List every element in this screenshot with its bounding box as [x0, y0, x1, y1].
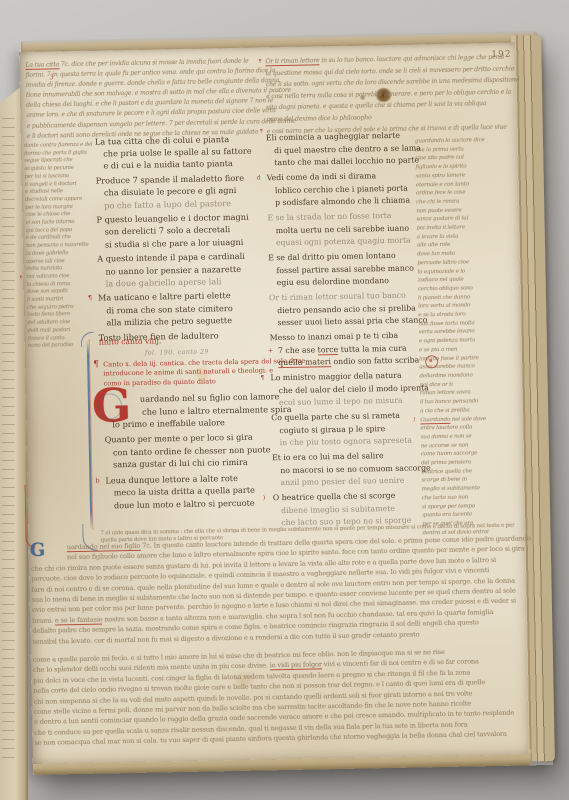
- gloss-line-text: delli mali pastori: [27, 327, 70, 334]
- verse-line-text: Et io era co lui ma del salire: [272, 451, 384, 462]
- verse-line-text: anzil pmo pesier del suo uenire: [280, 476, 404, 487]
- verse-column-2: Eli comincia a uagheggiar nelartedi quel…: [266, 129, 422, 529]
- gloss-line-text: loro vertu al mondo: [418, 303, 470, 310]
- gloss-line-text: meglio si subitamente: [422, 485, 480, 492]
- rubric-paragraph-mark: ¶: [93, 361, 99, 371]
- gloss-line-text: non pensano a nazarette: [26, 242, 89, 249]
- commentary-line-text: come del deximo dice lo philosopho: [266, 114, 371, 123]
- gloss-line-text: cioe le chiose che: [25, 211, 70, 218]
- gloss-line-text: li santi martiri: [27, 296, 63, 303]
- verse-line-text: egiu esu delordine mondano: [277, 276, 389, 287]
- facing-page-text-ghost: [2, 118, 15, 758]
- gloss-line-text: cioe idio padre col: [415, 155, 464, 162]
- gloss-line-text: decretali come appare: [25, 196, 82, 203]
- gloss-line-text: e studiasi nelle: [25, 188, 63, 195]
- pencil-annotation: fol. 190. canto 29: [145, 347, 209, 356]
- gloss-line-text: la chiesa di roma: [27, 281, 70, 288]
- left-margin-gloss: dante contra fiorenza e delfiorino che p…: [24, 142, 98, 351]
- gloss-line-text: zodiaco nel quale: [418, 277, 464, 284]
- gloss-line-text: alle alte rote: [417, 242, 450, 249]
- red-underlined-lemma: Guardando: [420, 416, 450, 424]
- verse-line-text: fossel partire assai sarebbe manco: [276, 263, 414, 275]
- red-marginal-flourish: [25, 485, 36, 548]
- top-commentary-right: ¶Or ti riman lettore in su lo tuo banco.…: [265, 52, 517, 138]
- verse-line-text: in che piu tosto ognora sapreseta: [280, 436, 412, 448]
- gloss-line-text: per le loro margini: [25, 204, 73, 211]
- verse-line: sesser uuoi lieto assai pria che stanco: [277, 314, 417, 329]
- verse-line-text: lo primo e ineffabile ualore: [112, 417, 225, 429]
- verse-line-text: son derelicti 7 solo a decretali: [105, 224, 231, 236]
- gloss-line-text: sua donna e non se: [421, 433, 472, 440]
- gloss-line-text: dellordine mondano: [419, 372, 472, 379]
- verse-line-text: che del ualor del cielo il modo iprenta: [279, 383, 429, 395]
- gloss-line-text: che chi le rimira: [416, 199, 459, 206]
- verse-line-text: Or ti riman lettor soural tuo banco: [269, 291, 406, 303]
- red-reference-mark: b: [95, 474, 99, 487]
- verse-column-1-canto-9: La tua citta che di colui e piantache pr…: [95, 132, 284, 343]
- gloss-line-text: si sporge per tempo: [422, 503, 475, 510]
- verse-line-text: sesser uuoi lieto assai pria che stanco: [277, 315, 427, 327]
- verse-line-text: la doue gabriello aperse lali: [106, 276, 222, 288]
- gloss-line-text: dove lun moto: [417, 251, 455, 258]
- verse-line-text: dibene imeglio si subitamete: [281, 503, 395, 514]
- verse-line: in che piu tosto ognora sapreseta: [280, 434, 420, 449]
- red-reference-mark: d: [257, 172, 261, 185]
- verse-line-text: ecol suo lume il tepo ne misura: [279, 396, 403, 407]
- gloss-line-text: il tuo banco pensando: [420, 398, 478, 405]
- red-underlined-lemma: e se le fantasie: [55, 615, 103, 625]
- verse-line-text: Quanto per mente o per loco si gira: [105, 432, 253, 445]
- verse-line-text: Leua dunque lettore a lalte rote: [105, 473, 238, 486]
- verse-line-text: Co quella parte che su si rameta: [271, 411, 400, 422]
- gloss-line-text: e de cardinali che: [26, 235, 71, 242]
- gloss-line-text: acquista le pecunie: [24, 165, 73, 172]
- red-reference-mark: +: [268, 345, 273, 358]
- gloss-line-text: a levare la vista: [417, 233, 458, 240]
- gloss-line-text: lo equinoziale e lo: [417, 268, 465, 275]
- gloss-line-text: dove son sepolti: [27, 289, 68, 296]
- verse-line: la doue gabriello aperse lali: [106, 274, 283, 290]
- gloss-line-text: finisce il canto: [28, 335, 65, 342]
- gloss-line-text: li pianeti che danno: [418, 294, 470, 301]
- gloss-line-text: che la prima vertu: [415, 146, 464, 153]
- verse-line: egiu esu delordine mondano: [277, 274, 417, 289]
- verse-line: quella materi ondio son fatto scriba: [278, 354, 418, 369]
- red-reference-mark: ¶: [258, 56, 261, 68]
- verse-line: e di cui e la nuidia tanto pianta: [103, 156, 280, 172]
- gloss-line-text: a cio che si preliba: [420, 407, 470, 414]
- verse-line: anzil pmo pesier del suo uenire: [280, 474, 420, 489]
- gloss-line-text: nono del paradiso: [28, 342, 74, 349]
- gloss-line-text: tosto fieno libere: [27, 312, 70, 319]
- gloss-line-text: qui tocca del papa: [26, 227, 73, 234]
- gloss-line-text: eternale e con tanto: [416, 181, 469, 188]
- verse-line-text: doue lun moto e laltro si percuote: [114, 497, 255, 510]
- gloss-line-text: vi son facte intorno: [25, 219, 74, 226]
- verse-line-text: cogiuto si giraua p le spire: [279, 424, 385, 435]
- manuscript-photo: 192 3 La tua citta 7c. dice che per invi…: [0, 0, 569, 800]
- gloss-line-text: ordine fece le cose: [416, 190, 466, 197]
- explicit-canto-9: finito canto viiij.: [99, 336, 162, 346]
- red-underlined-lemma: io vidi piu folgor: [270, 661, 322, 671]
- verse-line: si studia si che pare a lor uiuagni: [105, 235, 282, 251]
- gloss-line-text: santo spira lamore: [416, 172, 466, 179]
- verse-line-text: e di cui e la nuidia tanto pianta: [103, 158, 233, 170]
- verse-line-text: p sodisfare almondo che li chiama: [275, 196, 410, 208]
- gloss-line-text: poi invita il lettore: [417, 225, 465, 232]
- gloss-line-text: ma vaticano cioe: [26, 273, 69, 280]
- red-underlined-lemma: La tua citta: [25, 61, 59, 70]
- verse-line: tanto che mai dallei locchio no parte: [274, 154, 414, 169]
- verse-line-text: Lo ministro maggior della natura: [270, 371, 401, 383]
- gloss-line-text: percuote laltro cioe: [417, 259, 469, 266]
- verse-line-text: O beatrice quella che si scorge: [273, 491, 396, 502]
- verse-line-text: E se la strada lor no fosse torta: [267, 211, 391, 222]
- gloss-line-text: per lui si lasciano: [25, 173, 69, 180]
- verse-line-text: po che fatto a lupo del pastore: [104, 198, 231, 210]
- gloss-line-text: aperse lali cioe: [26, 258, 64, 265]
- red-underlined-lemma: Or ti riman lettore: [265, 57, 319, 66]
- open-book: 192 3 La tua citta 7c. dice che per invi…: [17, 31, 555, 777]
- bottom-commentary-block-a: uardando nel suo figlio 7c. In questo ca…: [31, 533, 525, 646]
- red-reference-mark: ): [263, 492, 266, 505]
- bottom-commentary-block-b: come a quelle parole mi fecio. e si tutt…: [33, 645, 527, 748]
- red-reference-mark: ¶: [260, 372, 264, 385]
- verse-line-text: si studia si che pare a lor uiuagni: [105, 236, 244, 249]
- verse-line: equasi ogni potenza quagiu morta: [276, 234, 416, 249]
- verse-line-text: uardando nel su figlio con lamore: [140, 391, 280, 404]
- verse-line: lo primo e ineffabile ualore: [112, 415, 289, 431]
- verse-line: sanza gustar di lui chi cio rimira: [113, 455, 290, 471]
- verse-line: alla milizia che petro seguette: [106, 313, 283, 329]
- verse-line: ecol suo lume il tepo ne misura: [279, 394, 419, 409]
- verse-line-text: loblico cerchio che i pianeti porta: [275, 183, 408, 195]
- gloss-line-text: del adultero cioe: [27, 319, 70, 326]
- top-commentary-left: 3 La tua citta 7c. dice che per invidia …: [25, 56, 304, 142]
- gloss-line-text: come huom saccorge: [421, 451, 477, 458]
- gloss-line-text: entra lauctore colla: [420, 425, 472, 432]
- verse-line-text: Vedi come da indi si dirama: [267, 171, 377, 182]
- verse-line: p sodisfare almondo che li chiama: [275, 194, 415, 209]
- verse-line: po che fatto a lupo del pastore: [104, 196, 281, 212]
- verse-line-text: no macorsi io se no comuom saccorge: [280, 463, 431, 475]
- red-reference-mark: ¶: [88, 292, 92, 304]
- verse-line-text: 7 che ase torce tutta la mia cura: [278, 343, 407, 355]
- gloss-line-text: figliuolo e lo spirito: [415, 164, 466, 171]
- gloss-line-text: li vangeli e li doctori: [25, 181, 77, 188]
- red-underlined-lemma: torce: [318, 344, 339, 354]
- gloss-line-text: e ogni potenza morta: [419, 338, 475, 345]
- verse-line-text: di quel maestro che dentro a se lama: [274, 143, 421, 155]
- red-reference-mark: ¶: [19, 274, 22, 282]
- verse-line-text: sanza gustar di lui chi cio rimira: [113, 457, 248, 470]
- red-underlined-lemma: quella materi: [278, 357, 331, 368]
- gloss-line-text: non puote essere: [416, 207, 461, 214]
- gloss-line-text: che lacto suo non: [422, 494, 468, 501]
- gloss-line-text: ne accorse se non: [421, 442, 469, 449]
- gloss-line-text: dante contra fiorenza e del: [24, 142, 93, 149]
- gloss-line-text: della nunziata: [26, 266, 62, 273]
- gloss-line-text: vertu sarebbe invano: [419, 329, 475, 336]
- gloss-line-text: che seguiro pietro: [27, 304, 73, 311]
- verse-line-text: dietro pensando acio che si preliba: [277, 303, 416, 315]
- verse-line-text: quella materi ondio son fatto scriba: [278, 355, 419, 368]
- gloss-line-text: guardando lo auctore dice: [415, 137, 485, 144]
- gloss-line-text: sanza gustare di lui: [416, 216, 468, 223]
- verse-line-text: alla milizia che petro seguette: [106, 315, 232, 327]
- gloss-line-text: segue lipocrati che: [24, 157, 72, 164]
- verse-line-text: meco la uista dritta a quella parte: [114, 485, 255, 498]
- gloss-line-text: fiorino che porta il giglio: [24, 149, 87, 156]
- verse-line-text: E se dal dritto piu omen lontano: [268, 251, 396, 262]
- gloss-line-text: e se piu o men: [419, 347, 457, 354]
- right-margin-gloss: guardando lo auctore diceche la prima ve…: [415, 136, 521, 538]
- verse-line-text: Messo to inanzi omai p te ti ciba: [270, 331, 399, 342]
- gloss-line-text: la dove gabriello: [26, 250, 68, 257]
- verse-line-text: tanto che mai dallei locchio no parte: [274, 155, 419, 167]
- verse-line-text: Eli comincia a uagheggiar nelarte: [266, 131, 400, 143]
- gloss-line-text: quanto era lucente: [422, 512, 472, 519]
- verse-line-text: equasi ogni potenza quagiu morta: [276, 236, 411, 248]
- verse-line-text: molta uertu ne celi sarebbe iuano: [276, 223, 409, 235]
- gloss-line-text: scorge di bene in: [421, 477, 467, 484]
- gloss-line-text: cerchio obliquo sono: [418, 285, 473, 292]
- verse-line-text: che luno e laltro eternalmente spira: [142, 403, 292, 416]
